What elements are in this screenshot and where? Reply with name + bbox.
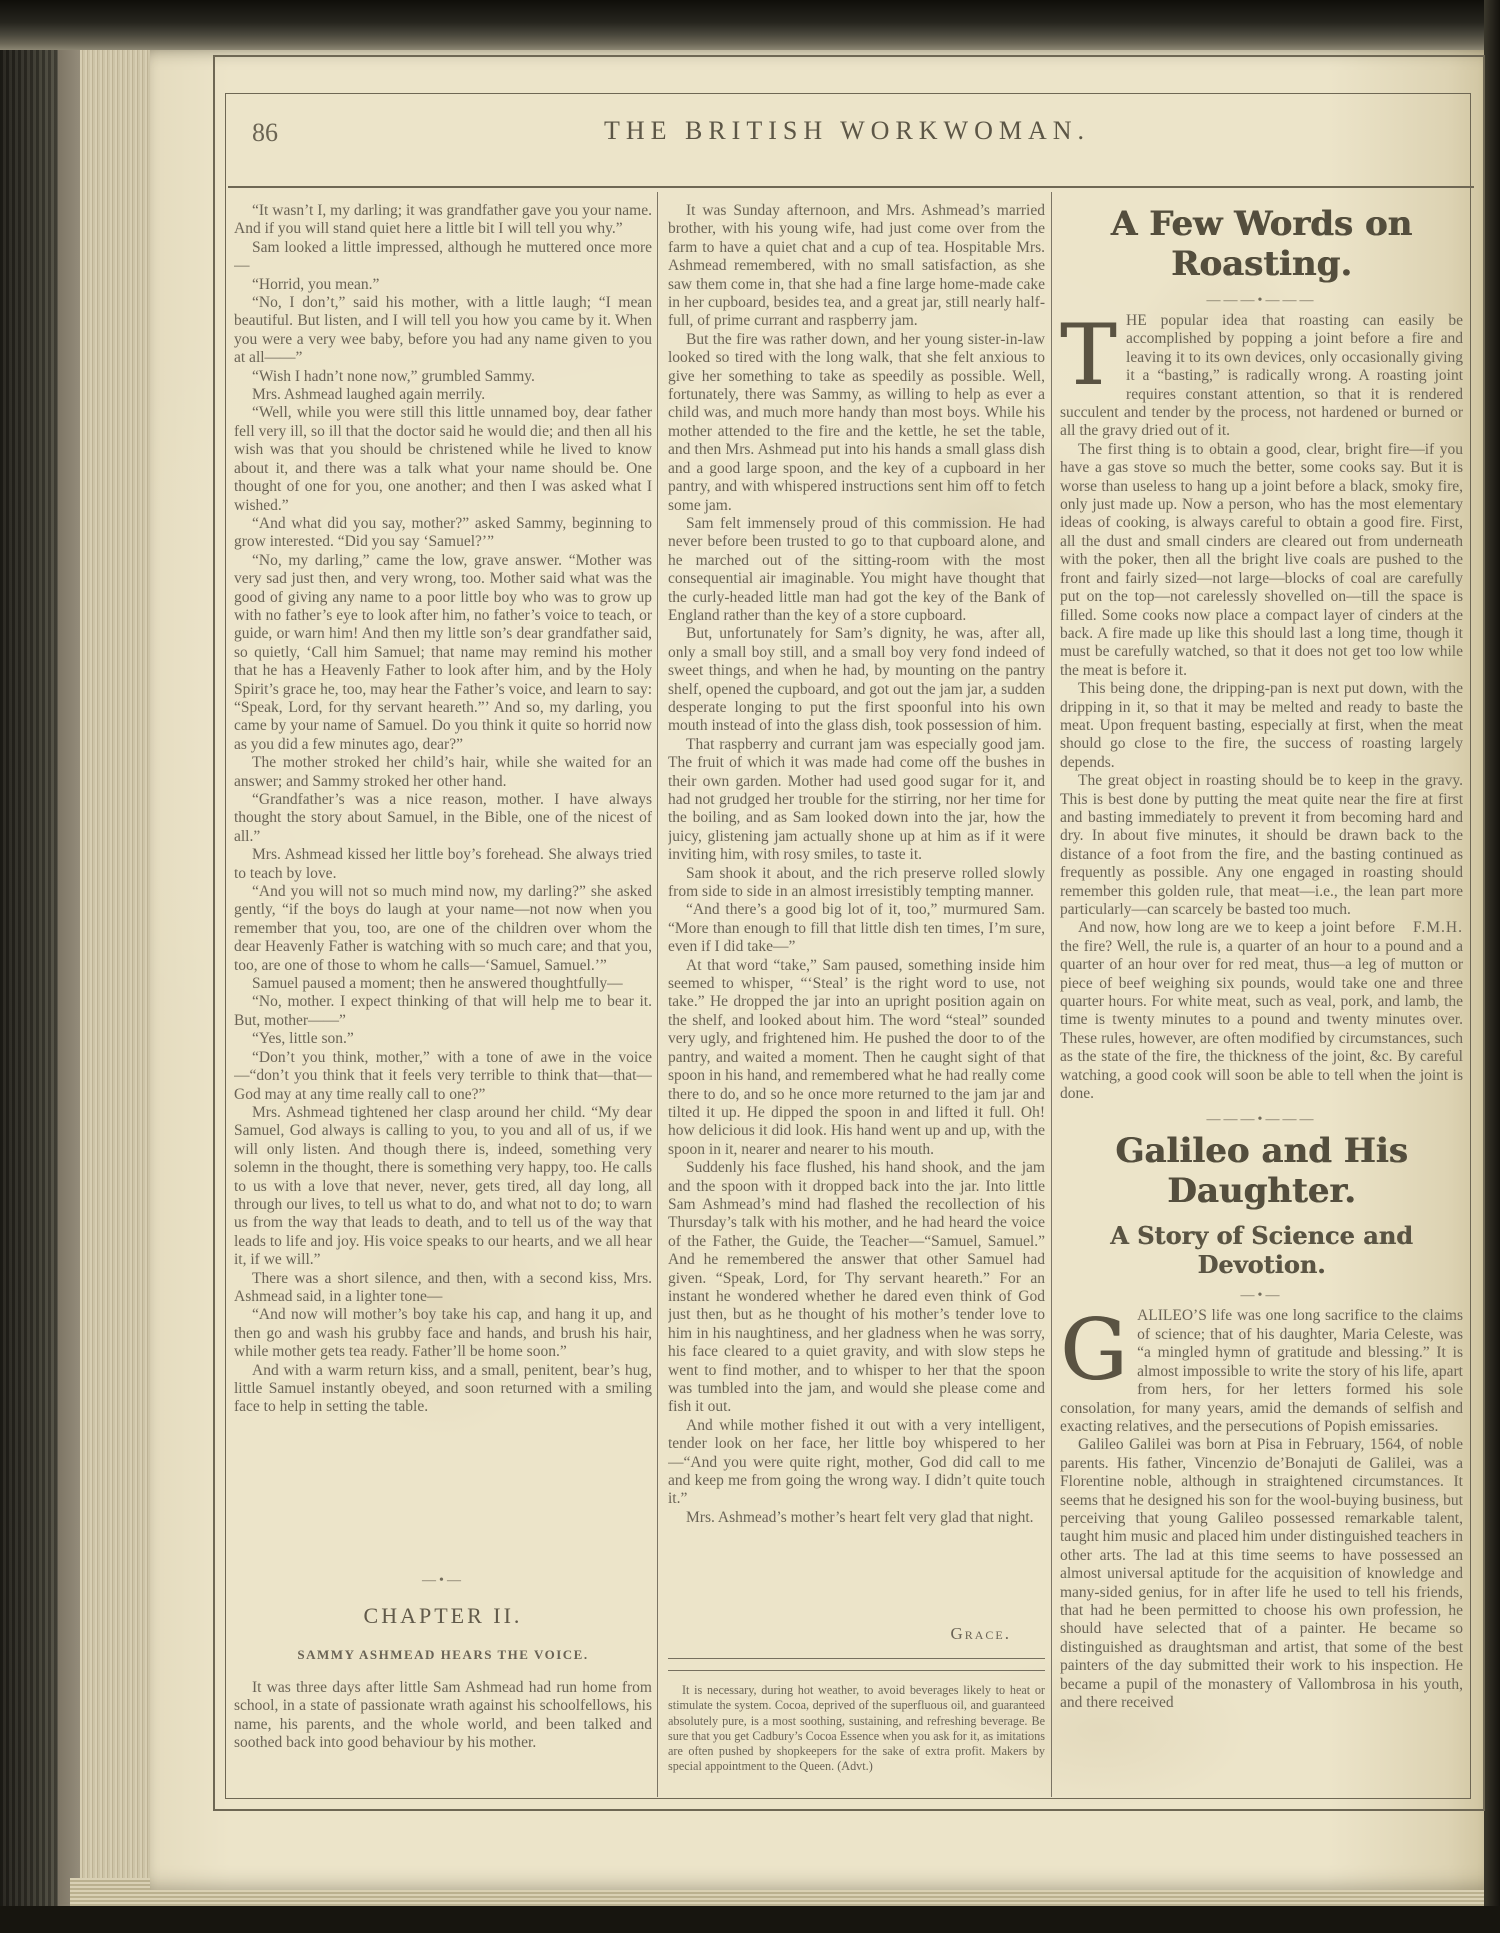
section-divider-ornament: —•— [234, 1573, 652, 1589]
article-title-galileo: Galileo and His Daughter. [1060, 1131, 1463, 1211]
chapter-subheading: SAMMY ASHMEAD HEARS THE VOICE. [234, 1647, 652, 1663]
story-paragraph: The mother stroked her child’s hair, whi… [234, 754, 652, 791]
story-paragraph: “Horrid, you mean.” [234, 276, 652, 294]
article-paragraph: THE popular idea that roasting can easil… [1060, 312, 1463, 441]
book-gutter-shadow [58, 0, 80, 1933]
section-divider-ornament: ———•——— [1060, 1112, 1463, 1128]
story-paragraph: Mrs. Ashmead tightened her clasp around … [234, 1104, 652, 1270]
advertisement-footnote: It is necessary, during hot weather, to … [668, 1683, 1045, 1774]
story-paragraph: “Wish I hadn’t none now,” grumbled Sammy… [234, 368, 652, 386]
story-paragraph: “Well, while you were still this little … [234, 404, 652, 514]
author-signature: Grace. [668, 1624, 1045, 1644]
story-paragraph: It was Sunday afternoon, and Mrs. Ashmea… [668, 202, 1045, 331]
article-paragraph: GALILEO’S life was one long sacrifice to… [1060, 1307, 1463, 1436]
article-paragraph: The first thing is to obtain a good, cle… [1060, 441, 1463, 680]
story-paragraph: “And now will mother’s boy take his cap,… [234, 1306, 652, 1361]
masthead-title: THE BRITISH WORKWOMAN. [213, 116, 1481, 146]
story-paragraph: But the fire was rather down, and her yo… [668, 331, 1045, 515]
story-paragraph: There was a short silence, and then, wit… [234, 1270, 652, 1307]
column-divider [657, 192, 658, 1797]
article-subtitle-galileo: A Story of Science and Devotion. [1060, 1221, 1463, 1279]
column-left: “It wasn’t I, my darling; it was grandfa… [234, 202, 652, 1794]
drop-cap-initial: T [1060, 312, 1126, 394]
story-paragraph: Suddenly his face flushed, his hand shoo… [668, 1159, 1045, 1417]
article-paragraph: This being done, the dripping-pan is nex… [1060, 680, 1463, 772]
story-paragraph: Mrs. Ashmead’s mother’s heart felt very … [668, 1509, 1045, 1527]
story-paragraph: “And what did you say, mother?” asked Sa… [234, 515, 652, 552]
article-paragraph: Galileo Galilei was born at Pisa in Febr… [1060, 1436, 1463, 1712]
story-paragraph: Mrs. Ashmead laughed again merrily. [234, 386, 652, 404]
story-paragraph: Samuel paused a moment; then he answered… [234, 975, 652, 993]
scan-edge-bottom [0, 1906, 1500, 1933]
story-paragraph: Sam shook it about, and the rich preserv… [668, 865, 1045, 902]
column-middle: It was Sunday afternoon, and Mrs. Ashmea… [668, 202, 1045, 1794]
story-paragraph: Sam looked a little impressed, although … [234, 239, 652, 276]
column-divider [1051, 192, 1052, 1797]
story-paragraph: Sam felt immensely proud of this commiss… [668, 515, 1045, 625]
scan-edge-right [1484, 0, 1500, 1933]
story-paragraph: “Don’t you think, mother,” with a tone o… [234, 1049, 652, 1104]
story-paragraph: But, unfortunately for Sam’s dignity, he… [668, 625, 1045, 735]
book-spine [0, 0, 58, 1933]
header-rule [228, 186, 1474, 188]
footnote-rule [668, 1658, 1045, 1659]
drop-cap-initial: G [1060, 1307, 1137, 1389]
footnote-rule [668, 1670, 1045, 1671]
article-paragraph: F.M.H.And now, how long are we to keep a… [1060, 919, 1463, 1103]
story-paragraph: Mrs. Ashmead kissed her little boy’s for… [234, 846, 652, 883]
story-paragraph: That raspberry and currant jam was espec… [668, 736, 1045, 865]
story-paragraph: “Yes, little son.” [234, 1030, 652, 1048]
author-initials: F.M.H. [1395, 919, 1463, 937]
story-text-block: It was Sunday afternoon, and Mrs. Ashmea… [668, 202, 1045, 1622]
story-paragraph: “And you will not so much mind now, my d… [234, 883, 652, 975]
story-paragraph: “No, mother. I expect thinking of that w… [234, 993, 652, 1030]
chapter-heading: CHAPTER II. [234, 1603, 652, 1629]
story-paragraph: “No, I don’t,” said his mother, with a l… [234, 294, 652, 368]
scan-edge-top [0, 0, 1500, 50]
article-paragraph-text: And now, how long are we to keep a joint… [1060, 919, 1463, 1102]
story-paragraph: “And there’s a good big lot of it, too,”… [668, 901, 1045, 956]
scanned-periodical-page: { "page": { "number": "86", "masthead": … [0, 0, 1500, 1933]
story-paragraph: “Grandfather’s was a nice reason, mother… [234, 791, 652, 846]
page-edge-stack-left [80, 0, 152, 1933]
story-paragraph: “No, my darling,” came the low, grave an… [234, 552, 652, 754]
article-title-roasting: A Few Words on Roasting. [1060, 204, 1463, 284]
story-paragraph: “It wasn’t I, my darling; it was grandfa… [234, 202, 652, 239]
story-text-block: “It wasn’t I, my darling; it was grandfa… [234, 202, 652, 1564]
story-paragraph: And with a warm return kiss, and a small… [234, 1362, 652, 1417]
column-right: A Few Words on Roasting. ———•——— THE pop… [1060, 202, 1463, 1794]
story-paragraph: At that word “take,” Sam paused, somethi… [668, 957, 1045, 1159]
article-paragraph: The great object in roasting should be t… [1060, 772, 1463, 919]
story-paragraph: It was three days after little Sam Ashme… [234, 1679, 652, 1753]
story-paragraph: And while mother fished it out with a ve… [668, 1417, 1045, 1509]
title-divider-ornament: ———•——— [1060, 293, 1463, 309]
